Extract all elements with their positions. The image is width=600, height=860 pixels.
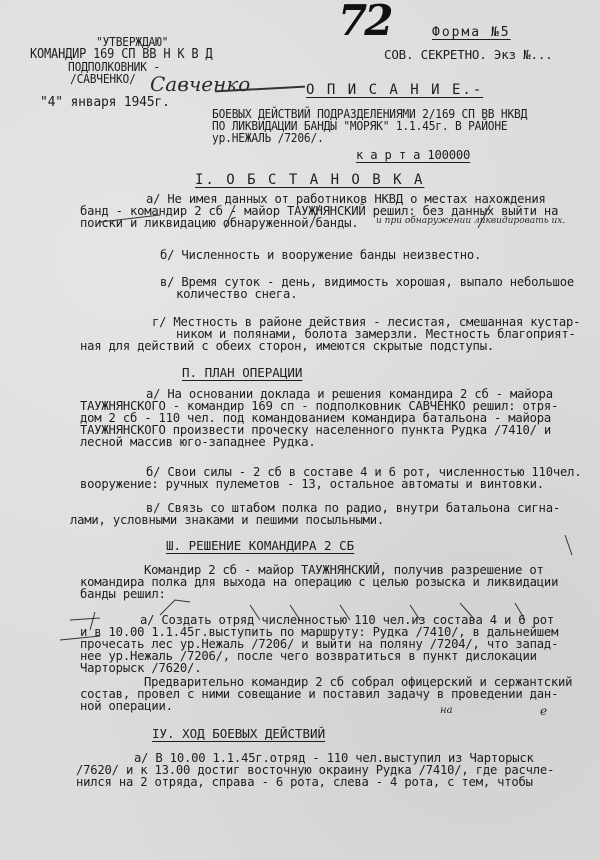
handwritten-marks-overlay: [0, 0, 600, 860]
document-page: "УТВЕРЖДАЮ" КОМАНДИР 169 СП ВВ Н К В Д П…: [0, 0, 600, 860]
